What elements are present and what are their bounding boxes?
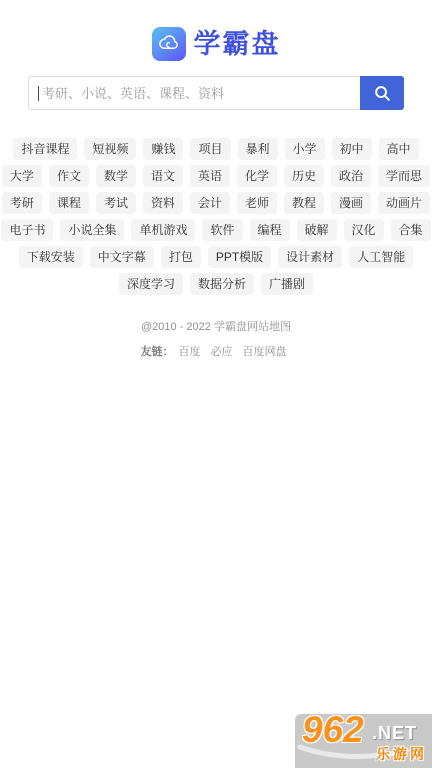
friend-link[interactable]: 百度网盘 <box>243 346 287 358</box>
tag-row: 抖音课程短视频赚钱项目暴利小学初中高中 <box>0 138 432 160</box>
search-bar <box>28 76 404 110</box>
friend-links: 友链：百度必应百度网盘 <box>0 343 432 359</box>
962net-watermark-logo: 962 .NET 乐游网 <box>295 714 432 768</box>
footer: @2010 - 2022 学霸盘网站地图 友链：百度必应百度网盘 <box>0 318 432 359</box>
search-button[interactable] <box>360 76 404 110</box>
page: 学霸盘 抖音课程短视频赚钱项目暴利小学初中高中大学作文数学语文英语化学历史政治学… <box>0 0 432 359</box>
copyright-text: @2010 - 2022 学霸盘 <box>141 321 247 333</box>
tag-button[interactable]: 深度学习 <box>119 273 183 295</box>
tag-button[interactable]: 考研 <box>2 192 42 214</box>
tag-button[interactable]: 初中 <box>332 138 372 160</box>
tag-button[interactable]: 英语 <box>190 165 230 187</box>
tag-button[interactable]: 语文 <box>143 165 183 187</box>
tag-button[interactable]: 会计 <box>190 192 230 214</box>
header: 学霸盘 <box>0 0 432 61</box>
tag-button[interactable]: 广播剧 <box>261 273 313 295</box>
tag-button[interactable]: PPT模版 <box>208 246 271 268</box>
tag-button[interactable]: 打包 <box>161 246 201 268</box>
tag-button[interactable]: 中文字幕 <box>90 246 154 268</box>
tag-button[interactable]: 政治 <box>331 165 371 187</box>
friend-link[interactable]: 必应 <box>211 346 233 358</box>
tag-row: 下载安装中文字幕打包PPT模版设计素材人工智能 <box>0 246 432 268</box>
tag-button[interactable]: 作文 <box>49 165 89 187</box>
tag-button[interactable]: 小学 <box>285 138 325 160</box>
search-input[interactable] <box>29 77 360 109</box>
copyright-line: @2010 - 2022 学霸盘网站地图 <box>0 318 432 334</box>
tag-button[interactable]: 编程 <box>250 219 290 241</box>
tag-button[interactable]: 设计素材 <box>278 246 342 268</box>
tag-button[interactable]: 项目 <box>190 138 230 160</box>
tag-button[interactable]: 合集 <box>391 219 431 241</box>
friend-link[interactable]: 百度 <box>179 346 201 358</box>
tag-button[interactable]: 赚钱 <box>143 138 183 160</box>
search-icon <box>373 84 392 103</box>
cloud-logo-icon <box>152 27 186 61</box>
tag-button[interactable]: 软件 <box>202 219 242 241</box>
tag-button[interactable]: 高中 <box>379 138 419 160</box>
tag-row: 大学作文数学语文英语化学历史政治学而思 <box>0 165 432 187</box>
tag-button[interactable]: 短视频 <box>84 138 136 160</box>
tag-button[interactable]: 数学 <box>96 165 136 187</box>
tag-button[interactable]: 课程 <box>49 192 89 214</box>
tag-button[interactable]: 化学 <box>237 165 277 187</box>
tag-button[interactable]: 电子书 <box>1 219 53 241</box>
tag-button[interactable]: 教程 <box>284 192 324 214</box>
tag-button[interactable]: 暴利 <box>238 138 278 160</box>
tag-button[interactable]: 破解 <box>297 219 337 241</box>
app-logo[interactable]: 学霸盘 <box>152 27 281 61</box>
tag-row: 电子书小说全集单机游戏软件编程破解汉化合集 <box>0 219 432 241</box>
friend-links-list: 百度必应百度网盘 <box>174 346 292 358</box>
tag-button[interactable]: 抖音课程 <box>13 138 77 160</box>
tag-button[interactable]: 学而思 <box>378 165 430 187</box>
tag-button[interactable]: 老师 <box>237 192 277 214</box>
search-input-wrap <box>28 76 360 110</box>
tag-button[interactable]: 人工智能 <box>349 246 413 268</box>
watermark-number: 962 <box>302 714 364 751</box>
tag-cloud: 抖音课程短视频赚钱项目暴利小学初中高中大学作文数学语文英语化学历史政治学而思考研… <box>0 138 432 295</box>
watermark-sitename: 乐游网 <box>376 744 427 764</box>
tag-button[interactable]: 下载安装 <box>19 246 83 268</box>
tag-button[interactable]: 小说全集 <box>60 219 124 241</box>
sitemap-link[interactable]: 网站地图 <box>247 321 291 333</box>
tag-button[interactable]: 单机游戏 <box>131 219 195 241</box>
tag-row: 考研课程考试资料会计老师教程漫画动画片 <box>0 192 432 214</box>
tag-button[interactable]: 考试 <box>96 192 136 214</box>
tag-row: 深度学习数据分析广播剧 <box>0 273 432 295</box>
site-title: 学霸盘 <box>194 31 281 58</box>
tag-button[interactable]: 动画片 <box>378 192 430 214</box>
tag-button[interactable]: 汉化 <box>344 219 384 241</box>
text-caret <box>38 86 39 101</box>
watermark-tld: .NET <box>372 723 417 744</box>
tag-button[interactable]: 历史 <box>284 165 324 187</box>
tag-button[interactable]: 资料 <box>143 192 183 214</box>
tag-button[interactable]: 大学 <box>2 165 42 187</box>
friend-links-label: 友链： <box>141 346 174 358</box>
tag-button[interactable]: 漫画 <box>331 192 371 214</box>
tag-button[interactable]: 数据分析 <box>190 273 254 295</box>
